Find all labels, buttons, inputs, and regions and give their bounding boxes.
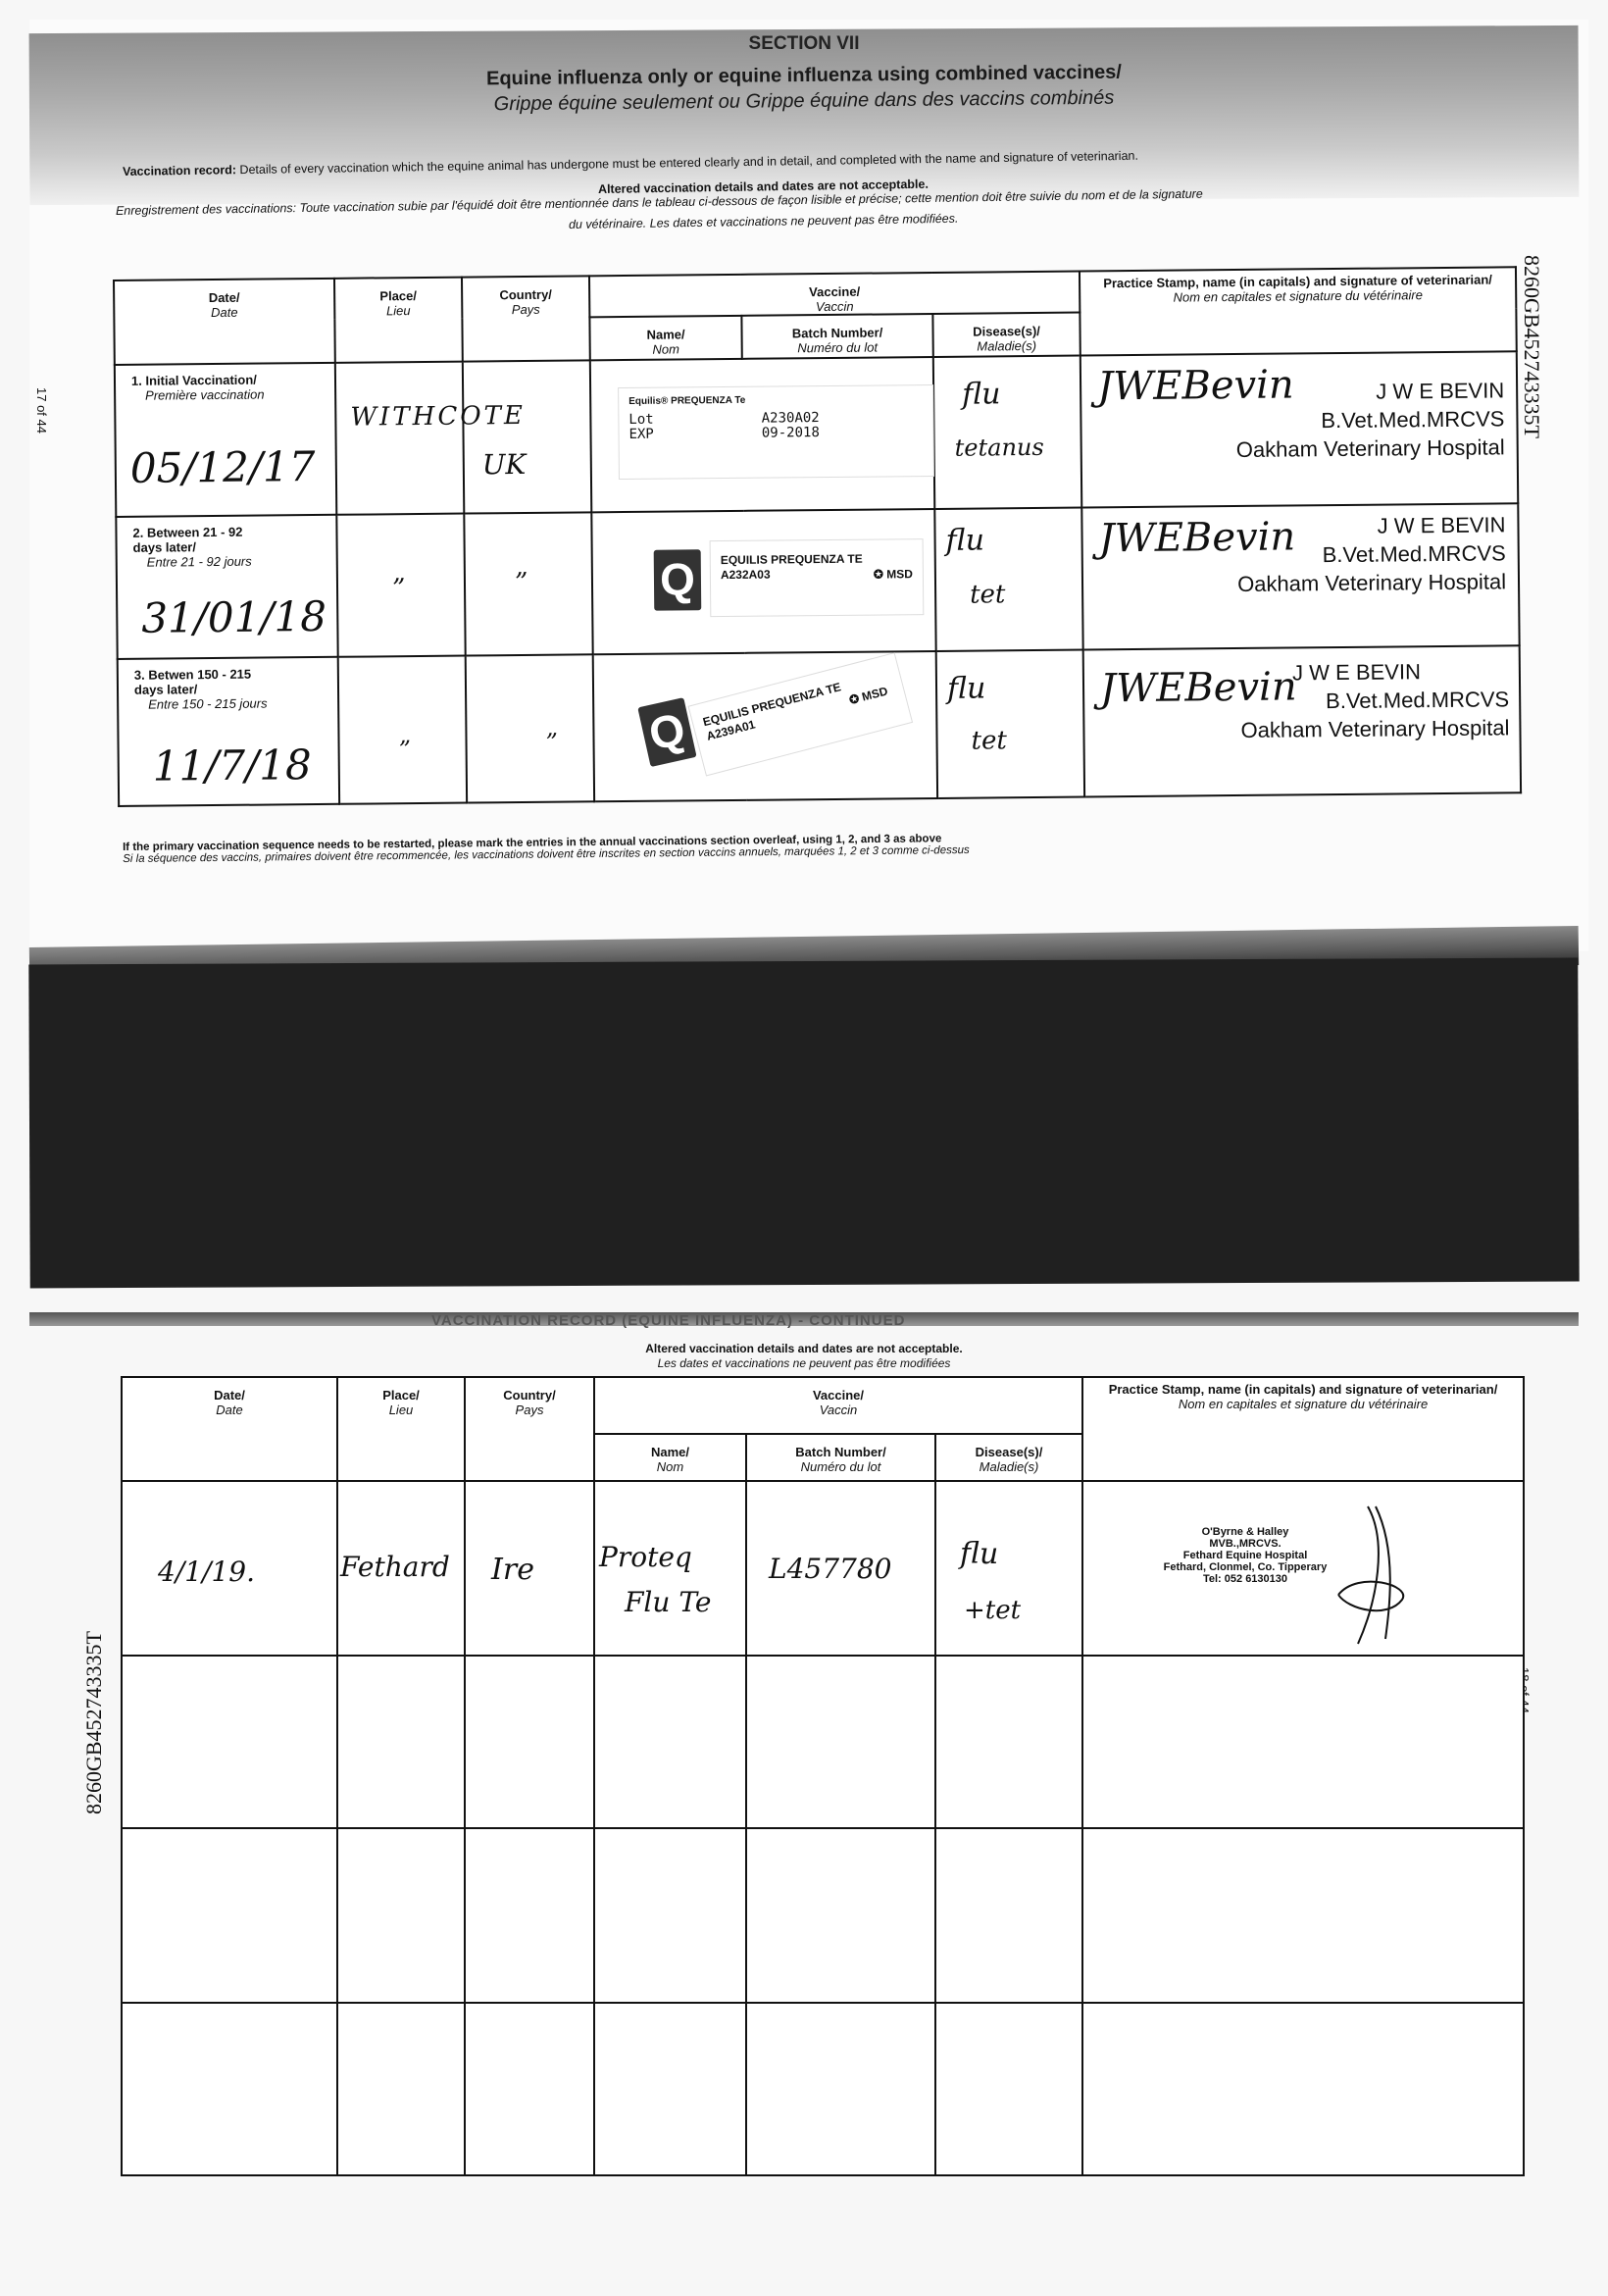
passport-back-cover bbox=[28, 958, 1579, 1289]
practice-stamp-cell: O'Byrne & Halley MVB.,MRCVS. Fethard Equ… bbox=[1082, 1481, 1524, 1656]
document-id: 8260GB452743335T bbox=[81, 1631, 107, 1814]
table-row: 3. Betwen 150 - 215 days later/Entre 150… bbox=[118, 645, 1521, 806]
stamp-line: Tel: 052 6130130 bbox=[1152, 1573, 1338, 1585]
disease-cell: flu tet bbox=[934, 508, 1082, 651]
header-disease: Disease(s)/Maladie(s) bbox=[935, 1434, 1082, 1481]
msd-logo: ✪ MSD bbox=[874, 567, 913, 582]
vaccine-name-cell: Proteq Flu Te bbox=[594, 1481, 746, 1656]
row-label: 3. Betwen 150 - 215 days later/Entre 150… bbox=[119, 658, 282, 712]
table-row: 4/1/19. Fethard Ire Proteq Flu Te L45778… bbox=[122, 1481, 1524, 1656]
header-vaccine-name: Name/Nom bbox=[594, 1434, 746, 1481]
header-batch-number: Batch Number/Numéro du lot bbox=[741, 314, 932, 359]
vaccine-sticker-cell: Q EQUILIS PREQUENZA TE A232A03 ✪ MSD bbox=[591, 509, 935, 654]
header-practice-stamp: Practice Stamp, name (in capitals) and s… bbox=[1082, 1377, 1524, 1481]
vet-stamp: J W E BEVIN B.Vet.Med.MRCVS Oakham Veter… bbox=[1240, 656, 1510, 744]
header-country: Country/Pays bbox=[462, 276, 590, 361]
date-cell: 1. Initial Vaccination/Première vaccinat… bbox=[115, 363, 336, 517]
stamp-line: Fethard Equine Hospital bbox=[1152, 1550, 1338, 1561]
header-date: Date/Date bbox=[122, 1377, 337, 1481]
disease-value: flu bbox=[947, 671, 986, 705]
place-value: ” bbox=[392, 574, 406, 603]
vaccine-sticker-cell: Equilis® PREQUENZA Te LotEXP A230A0209-2… bbox=[590, 357, 934, 512]
vaccine-sticker-cell: Q EQUILIS PREQUENZA TE A239A01 ✪ MSD bbox=[593, 651, 937, 801]
country-value: ” bbox=[515, 568, 528, 597]
vaccine-sticker: EQUILIS PREQUENZA TE A232A03 ✪ MSD bbox=[711, 539, 924, 616]
batch-number-cell: L457780 bbox=[746, 1481, 935, 1656]
place-value: ” bbox=[398, 736, 411, 763]
disease-value: tet bbox=[971, 726, 1007, 755]
altered-notice-fr: Les dates et vaccinations ne peuvent pas… bbox=[0, 1356, 1608, 1370]
disease-value: +tet bbox=[964, 1596, 1021, 1625]
sticker-exp: 09-2018 bbox=[762, 426, 820, 441]
date-value: 05/12/17 bbox=[130, 442, 316, 492]
header-date: Date/Date bbox=[114, 279, 335, 365]
sticker-lot-label: Lot bbox=[628, 413, 653, 428]
row-label: 2. Between 21 - 92 days later/Entre 21 -… bbox=[117, 517, 261, 570]
disease-value: tetanus bbox=[955, 434, 1044, 462]
place-cell: ” bbox=[336, 514, 465, 657]
document-id: 8260GB452743335T bbox=[1519, 255, 1544, 438]
sticker-product: Equilis® PREQUENZA Te bbox=[628, 391, 923, 409]
vet-stamp: J W E BEVIN B.Vet.Med.MRCVS Oakham Veter… bbox=[1236, 510, 1506, 598]
country-value: ” bbox=[545, 729, 558, 756]
date-value: 31/01/18 bbox=[141, 592, 327, 642]
table-row: 2. Between 21 - 92 days later/Entre 21 -… bbox=[116, 503, 1519, 659]
vet-qualification: B.Vet.Med.MRCVS bbox=[1235, 404, 1504, 435]
notice-label-en: Vaccination record: bbox=[123, 163, 236, 179]
disease-value: tet bbox=[970, 580, 1006, 609]
country-value: UK bbox=[482, 448, 527, 481]
vet-name: J W E BEVIN bbox=[1235, 376, 1504, 407]
page-number: 17 of 44 bbox=[34, 387, 49, 434]
date-cell: 4/1/19. bbox=[122, 1481, 337, 1656]
vaccine-sticker: EQUILIS PREQUENZA TE A239A01 ✪ MSD bbox=[689, 653, 912, 775]
vaccine-name-value: Proteq bbox=[599, 1541, 692, 1573]
practice-stamp-cell: JWEBevin J W E BEVIN B.Vet.Med.MRCVS Oak… bbox=[1080, 351, 1518, 507]
disease-value: flu bbox=[945, 523, 984, 557]
place-cell: ” bbox=[338, 656, 467, 804]
stamp-line: O'Byrne & Halley bbox=[1152, 1526, 1338, 1538]
primary-vaccination-table: Date/Date Place/Lieu Country/Pays Vaccin… bbox=[113, 266, 1522, 807]
country-cell: Ire bbox=[465, 1481, 594, 1656]
header-vaccine: Vaccine/Vaccin bbox=[589, 272, 1080, 318]
practice-stamp-cell: JWEBevin J W E BEVIN B.Vet.Med.MRCVS Oak… bbox=[1081, 503, 1519, 649]
section-header-cut: VACCINATION RECORD (EQUINE INFLUENZA) - … bbox=[431, 1312, 905, 1329]
q-logo-icon: Q bbox=[654, 549, 702, 610]
header-practice-stamp: Practice Stamp, name (in capitals) and s… bbox=[1080, 267, 1517, 355]
vet-qualification: B.Vet.Med.MRCVS bbox=[1237, 538, 1506, 570]
disease-cell: flu tetanus bbox=[933, 356, 1081, 509]
notice-label-fr: Enregistrement des vaccinations: bbox=[116, 201, 296, 218]
batch-number-value: L457780 bbox=[769, 1553, 891, 1585]
date-value: 4/1/19. bbox=[158, 1556, 255, 1588]
header-place: Place/Lieu bbox=[334, 278, 463, 363]
date-value: 11/7/18 bbox=[153, 740, 312, 791]
vaccine-name-value: Flu Te bbox=[625, 1586, 711, 1618]
practice-stamp: O'Byrne & Halley MVB.,MRCVS. Fethard Equ… bbox=[1152, 1526, 1338, 1585]
row-label: 1. Initial Vaccination/Première vaccinat… bbox=[116, 364, 334, 403]
annual-vaccination-table: Date/Date Place/Lieu Country/Pays Vaccin… bbox=[121, 1376, 1525, 2176]
country-cell: ” bbox=[464, 512, 592, 655]
altered-notice-en: Altered vaccination details and dates ar… bbox=[0, 1342, 1608, 1355]
place-value: Fethard bbox=[340, 1551, 450, 1583]
country-cell: ” bbox=[466, 654, 594, 802]
stamp-line: Fethard, Clonmel, Co. Tipperary bbox=[1152, 1561, 1338, 1573]
msd-icon: ✪ bbox=[874, 567, 887, 581]
table-row: 1. Initial Vaccination/Première vaccinat… bbox=[115, 351, 1518, 517]
place-cell: WITHCOTE bbox=[335, 362, 464, 515]
country-cell: UK bbox=[463, 360, 591, 513]
practice-stamp-cell: JWEBevin J W E BEVIN B.Vet.Med.MRCVS Oak… bbox=[1083, 645, 1521, 796]
header-batch-number: Batch Number/Numéro du lot bbox=[746, 1434, 935, 1481]
disease-cell: flu +tet bbox=[935, 1481, 1082, 1656]
vet-name: J W E BEVIN bbox=[1236, 510, 1505, 541]
vaccine-sticker: Equilis® PREQUENZA Te LotEXP A230A0209-2… bbox=[619, 385, 933, 479]
header-vaccine-name: Name/Nom bbox=[589, 316, 741, 360]
date-cell: 3. Betwen 150 - 215 days later/Entre 150… bbox=[118, 657, 339, 806]
vet-practice: Oakham Veterinary Hospital bbox=[1236, 433, 1505, 464]
q-logo-icon: Q bbox=[637, 697, 696, 767]
table-row bbox=[122, 1656, 1524, 1828]
sticker-exp-label: EXP bbox=[628, 428, 653, 442]
vet-signature-scribble bbox=[1329, 1502, 1417, 1649]
disease-value: flu bbox=[962, 377, 1001, 411]
table-row bbox=[122, 2003, 1524, 2175]
header-vaccine: Vaccine/Vaccin bbox=[594, 1377, 1082, 1434]
stamp-line: MVB.,MRCVS. bbox=[1152, 1538, 1338, 1550]
header-country: Country/Pays bbox=[465, 1377, 594, 1481]
date-cell: 2. Between 21 - 92 days later/Entre 21 -… bbox=[116, 515, 337, 659]
vet-qualification: B.Vet.Med.MRCVS bbox=[1240, 685, 1509, 716]
country-value: Ire bbox=[491, 1553, 534, 1587]
header-disease: Disease(s)/Maladie(s) bbox=[932, 313, 1080, 357]
vet-practice: Oakham Veterinary Hospital bbox=[1240, 713, 1509, 744]
vet-stamp: J W E BEVIN B.Vet.Med.MRCVS Oakham Veter… bbox=[1235, 376, 1505, 464]
disease-value: flu bbox=[960, 1537, 998, 1571]
vet-practice: Oakham Veterinary Hospital bbox=[1237, 567, 1506, 598]
disease-cell: flu tet bbox=[936, 650, 1084, 798]
vet-name: J W E BEVIN bbox=[1240, 657, 1421, 688]
section-title: SECTION VII bbox=[0, 33, 1608, 55]
table-row bbox=[122, 1828, 1524, 2003]
place-cell: Fethard bbox=[337, 1481, 465, 1656]
header-place: Place/Lieu bbox=[337, 1377, 465, 1481]
